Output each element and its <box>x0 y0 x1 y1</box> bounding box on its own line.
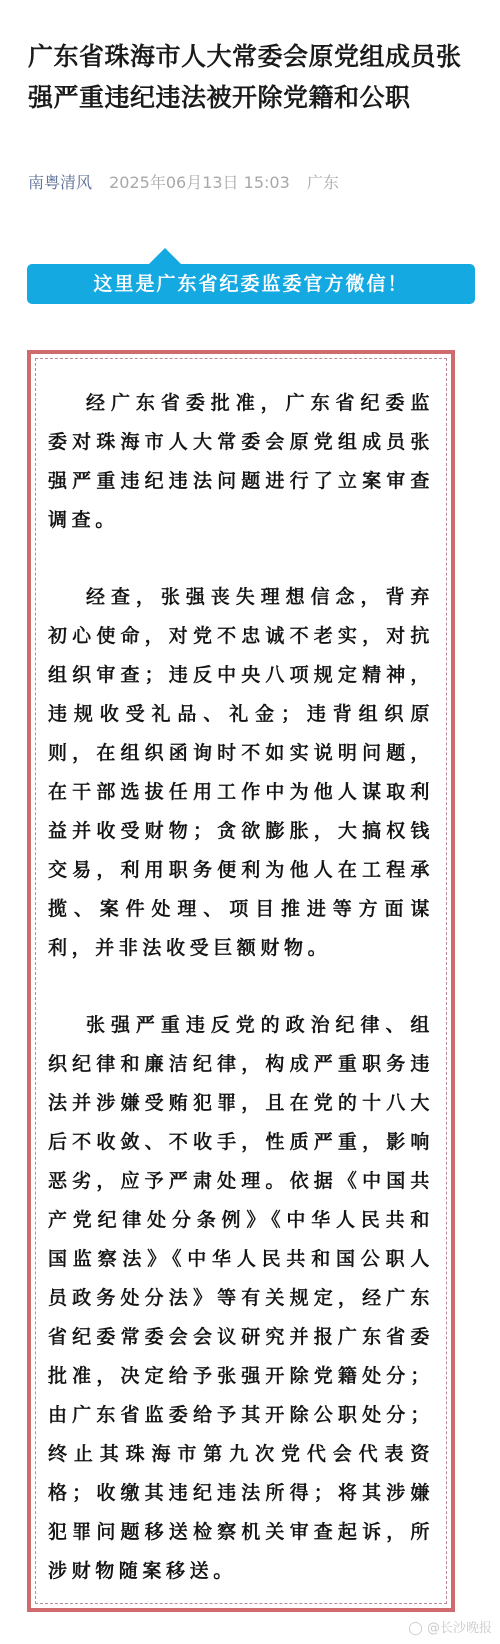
publish-location: 广东 <box>307 173 339 192</box>
author-link[interactable]: 南粤清风 <box>28 173 92 192</box>
banner-arrow-icon <box>148 248 182 265</box>
paragraph-intro: 经广东省委批准，广东省纪委监委对珠海市人大常委会原党组成员张强严重违纪违法问题进… <box>48 384 434 540</box>
paragraph-decision: 张强严重违反党的政治纪律、组织纪律和廉洁纪律，构成严重职务违法并涉嫌受贿犯罪，且… <box>48 1006 434 1591</box>
article-body: 经广东省委批准，广东省纪委监委对珠海市人大常委会原党组成员张强严重违纪违法问题进… <box>48 384 434 1629</box>
article-meta: 南粤清风 2025年06月13日 15:03 广东 <box>28 172 339 194</box>
official-account-banner: 这里是广东省纪委监委官方微信！ <box>27 264 475 304</box>
watermark-text: @长沙晚报 <box>427 1621 492 1636</box>
weibo-icon: ◯ <box>408 1621 423 1636</box>
watermark: ◯ @长沙晚报 <box>408 1617 492 1636</box>
article-title: 广东省珠海市人大常委会原党组成员张强严重违纪违法被开除党籍和公职 <box>28 36 478 118</box>
paragraph-findings: 经查，张强丧失理想信念，背弃初心使命，对党不忠诚不老实，对抗组织审查；违反中央八… <box>48 578 434 968</box>
publish-time: 2025年06月13日 15:03 <box>109 173 290 192</box>
